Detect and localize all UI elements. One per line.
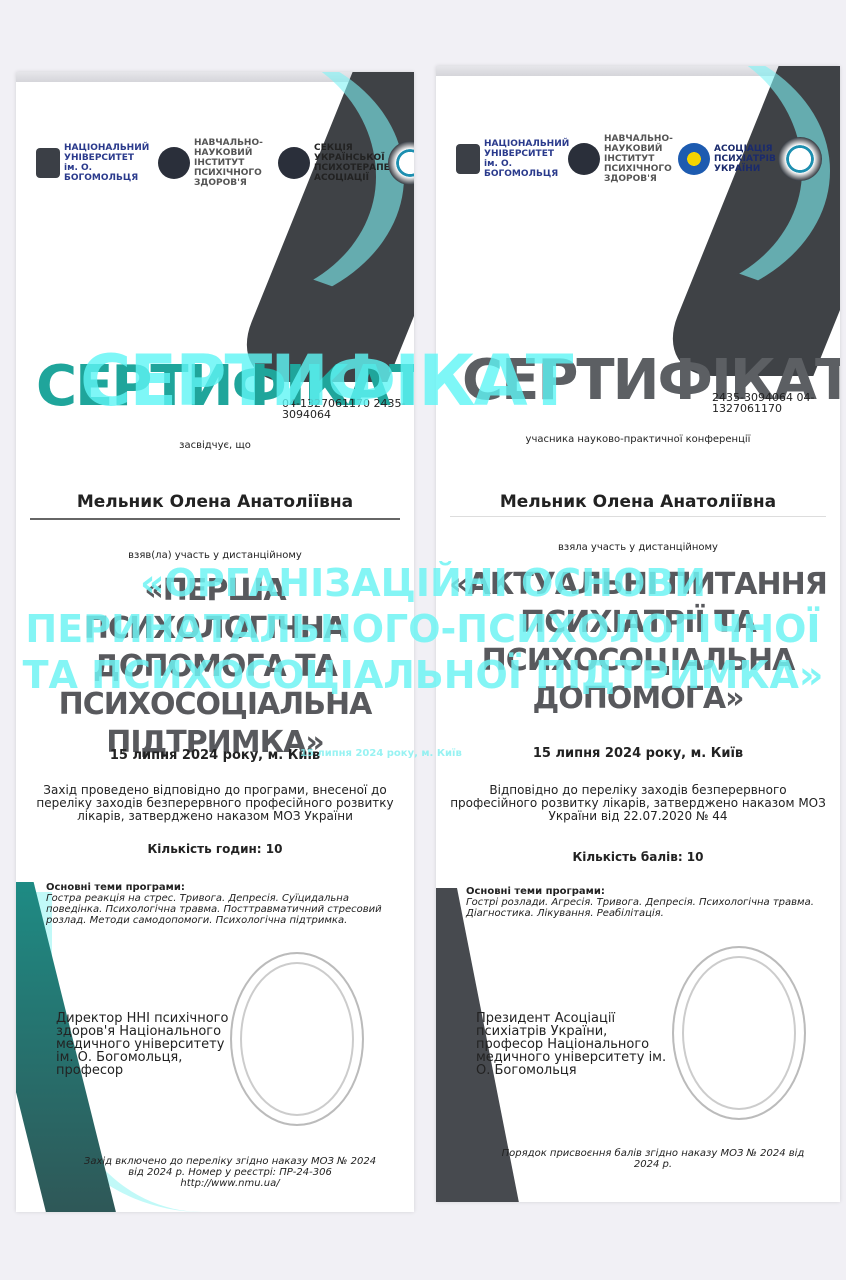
logo-institute: НАВЧАЛЬНО-НАУКОВИЙ ІНСТИТУТ ПСИХІЧНОГО З… bbox=[568, 134, 664, 184]
awarded-text: засвідчує, що bbox=[16, 440, 414, 451]
hours: Кількість годин: 10 bbox=[16, 842, 414, 856]
overlay-certificate-word: СЕРТИФІКАТ bbox=[80, 340, 571, 422]
logo-university: НАЦІОНАЛЬНИЙ УНІВЕРСИТЕТ ім. О. БОГОМОЛЬ… bbox=[36, 143, 144, 183]
certificate-left: НАЦІОНАЛЬНИЙ УНІВЕРСИТЕТ ім. О. БОГОМОЛЬ… bbox=[16, 72, 414, 1212]
certificate-right: НАЦІОНАЛЬНИЙ УНІВЕРСИТЕТ ім. О. БОГОМОЛЬ… bbox=[436, 66, 840, 1202]
topics: Основні теми програми: Гостра реакція на… bbox=[46, 882, 394, 926]
overlay-date: 15 липня 2024 року, м. Київ bbox=[300, 748, 462, 759]
topics-text: Гостра реакція на стрес. Тривога. Депрес… bbox=[46, 893, 382, 926]
logo-seal bbox=[388, 141, 414, 185]
seal-icon bbox=[778, 137, 822, 181]
recipient-name: Мельник Олена Анатоліївна bbox=[16, 492, 414, 512]
course-title: «ПЕРША ПСИХОЛОГІЧНА ДОПОМОГА ТА ПСИХОСОЦ… bbox=[26, 572, 404, 762]
date-location: 15 липня 2024 року, м. Київ bbox=[436, 746, 840, 761]
participation-text: взяв(ла) участь у дистанційному bbox=[16, 550, 414, 561]
logo-seal bbox=[778, 137, 822, 181]
description: Захід проведено відповідно до програми, … bbox=[30, 784, 400, 823]
topics: Основні теми програми: Гострі розлади. А… bbox=[466, 886, 820, 919]
institute-icon bbox=[158, 147, 190, 179]
institute-icon bbox=[568, 143, 600, 175]
course-title: «АКТУАЛЬНІ ПИТАННЯ ПСИХІАТРІЇ ТА ПСИХОСО… bbox=[446, 566, 830, 718]
logo-row: НАЦІОНАЛЬНИЙ УНІВЕРСИТЕТ ім. О. БОГОМОЛЬ… bbox=[456, 134, 780, 184]
logo-association: СЕКЦІЯ УКРАЇНСЬКОЇ ПСИХОТЕРАПЕВТИЧНОЇ АС… bbox=[278, 143, 374, 183]
logo-association: АСОЦІАЦІЯ ПСИХІАТРІВ УКРАЇНИ bbox=[678, 143, 764, 175]
name-underline bbox=[450, 516, 826, 517]
official-stamp bbox=[672, 946, 806, 1120]
logo-row: НАЦІОНАЛЬНИЙ УНІВЕРСИТЕТ ім. О. БОГОМОЛЬ… bbox=[36, 138, 354, 188]
hours: Кількість балів: 10 bbox=[436, 850, 840, 864]
participation-text: взяла участь у дистанційному bbox=[436, 542, 840, 553]
logo-institute: НАВЧАЛЬНО-НАУКОВИЙ ІНСТИТУТ ПСИХІЧНОГО З… bbox=[158, 138, 264, 188]
description: Відповідно до переліку заходів безперерв… bbox=[450, 784, 826, 823]
footer-text: Порядок присвоєння балів згідно наказу М… bbox=[496, 1148, 810, 1170]
association-icon bbox=[278, 147, 310, 179]
signers: Президент Асоціації психіатрів України, … bbox=[476, 1012, 676, 1077]
topics-heading: Основні теми програми: bbox=[466, 886, 605, 897]
signers: Директор ННІ психічного здоров'я Націона… bbox=[56, 1012, 246, 1077]
topics-text: Гострі розлади. Агресія. Тривога. Депрес… bbox=[466, 897, 814, 919]
name-underline bbox=[30, 518, 400, 520]
logo-university: НАЦІОНАЛЬНИЙ УНІВЕРСИТЕТ ім. О. БОГОМОЛЬ… bbox=[456, 139, 554, 179]
seal-icon bbox=[388, 141, 414, 185]
awarded-text: учасника науково-практичної конференції bbox=[436, 434, 840, 445]
footer-text: Захід включено до переліку згідно наказу… bbox=[76, 1156, 384, 1189]
official-stamp bbox=[230, 952, 364, 1126]
university-building-icon bbox=[36, 148, 60, 178]
association-icon bbox=[678, 143, 710, 175]
certificate-number: 2435-3094064 04-1327061170 bbox=[712, 392, 836, 414]
university-building-icon bbox=[456, 144, 480, 174]
topics-heading: Основні теми програми: bbox=[46, 882, 185, 893]
footer-link: http://www.nmu.ua/ bbox=[180, 1178, 279, 1189]
recipient-name: Мельник Олена Анатоліївна bbox=[436, 492, 840, 512]
